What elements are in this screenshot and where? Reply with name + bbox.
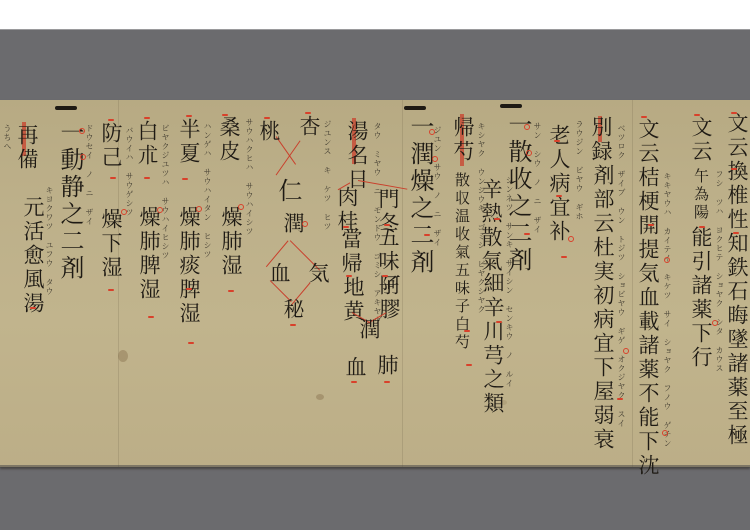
- red-mark: [290, 324, 296, 326]
- furigana: タウ ミヤウ ニ モンドウ ゴミシ アキヤウ: [372, 122, 383, 182]
- diamond-bottom: 秘: [282, 298, 303, 322]
- furigana: ラウジン ビヤウ ギホ: [574, 120, 585, 260]
- red-mark: [384, 224, 390, 226]
- furigana-partial: うちへ: [2, 124, 13, 174]
- column-16-head: 白朮: [136, 120, 157, 168]
- backdrop-edge: [0, 29, 750, 30]
- red-circle: [568, 236, 574, 242]
- red-circle: [302, 221, 308, 227]
- red-circle: [157, 207, 163, 213]
- red-mark: [186, 288, 192, 290]
- furigana: フシ ツハ ヨクヒテ ショヤク シタ カウス: [714, 170, 725, 450]
- column-13: 桃: [258, 120, 279, 144]
- column-16-body: 燥肺脾湿: [138, 206, 159, 302]
- column-5: 老人病宜补: [548, 124, 569, 244]
- column-17-head: 防己: [100, 122, 121, 170]
- column-14-body: 燥肺湿: [220, 206, 241, 278]
- furigana: サン シウ ノ ニ ザイ: [532, 122, 543, 232]
- red-mark: [351, 381, 357, 383]
- red-mark: [694, 114, 700, 116]
- red-circle: [662, 430, 668, 436]
- red-mark: [222, 114, 228, 116]
- red-circle: [712, 320, 718, 326]
- red-mark: [343, 226, 349, 228]
- red-mark: [464, 330, 470, 332]
- red-mark: [731, 168, 737, 170]
- red-mark: [561, 256, 567, 258]
- red-mark: [556, 195, 562, 197]
- top-margin: [0, 0, 750, 29]
- column-4-head: 別録: [590, 116, 611, 164]
- red-mark: [228, 290, 234, 292]
- red-mark: [384, 381, 390, 383]
- furigana: ジユン サウ ノ ニ ザイ: [432, 126, 443, 236]
- red-mark: [148, 316, 154, 318]
- red-circle: [526, 150, 532, 156]
- red-mark: [346, 275, 352, 277]
- red-mark: [617, 398, 623, 400]
- column-11-blood: 血: [344, 356, 365, 380]
- column-15-head: 半夏: [178, 118, 199, 166]
- red-mark: [305, 112, 311, 114]
- section-marker: [404, 106, 426, 110]
- paper-crease: [632, 100, 633, 467]
- red-mark: [144, 117, 150, 119]
- column-8-body: 散収温收氣五味子白芍: [454, 172, 469, 352]
- red-circle: [238, 204, 244, 210]
- column-4-body: 剤部云杜実初病宜下屋弱衰: [592, 164, 613, 452]
- red-mark: [182, 178, 188, 180]
- red-mark: [108, 119, 114, 121]
- column-8-head: 帰芍: [452, 116, 473, 164]
- furigana: サウハクヒハ サウハイシツ: [244, 118, 255, 338]
- furigana: ビヤクジユツハ サウハイヒシツ: [160, 124, 171, 344]
- stain: [118, 350, 128, 362]
- red-mark: [699, 226, 705, 228]
- paper-crease: [402, 100, 403, 467]
- column-2-sub: 午為陽: [693, 168, 708, 222]
- red-mark: [186, 115, 192, 117]
- stain: [316, 394, 324, 400]
- red-mark: [554, 140, 560, 142]
- furigana: キヨクワツ ユフウ タウ: [44, 186, 55, 316]
- column-12-center: 仁: [276, 178, 300, 205]
- column-3-head: 文云: [637, 118, 658, 166]
- red-circle: [524, 124, 530, 130]
- red-circle: [196, 206, 202, 212]
- red-circle: [432, 156, 438, 162]
- column-17-body: 燥下湿: [100, 208, 121, 280]
- red-mark: [733, 232, 739, 234]
- column-9-heading: 一潤燥之二剤: [408, 114, 432, 276]
- furigana: バウイハ サウゲシツ: [124, 126, 135, 306]
- red-mark: [494, 218, 500, 220]
- column-2-head: 文云: [690, 116, 711, 164]
- column-19-head: 再備: [16, 124, 37, 172]
- red-mark: [382, 275, 388, 277]
- red-circle: [121, 209, 127, 215]
- column-2-body: 能引諸薬下行: [690, 226, 711, 370]
- column-11-lung: 肺: [376, 354, 397, 378]
- furigana: ドウセイ ノ ニ ザイ: [84, 124, 95, 234]
- furigana: キシヤク ウンシウキ ゴミシ ビヤクシヤク: [476, 122, 487, 322]
- column-3-body: 桔梗開提気血載諸薬不能下沈: [637, 166, 658, 478]
- red-mark: [188, 342, 194, 344]
- diamond-top: 潤: [282, 212, 303, 236]
- red-mark: [641, 116, 647, 118]
- column-14-head: 桑皮: [218, 116, 239, 164]
- furigana: キキヤウハ カイテイ キケツ サイ ショヤク フノウ ゲチン: [662, 172, 673, 472]
- furigana: ジユンス キ ケツ ヒツ: [322, 120, 333, 160]
- red-mark: [648, 224, 654, 226]
- red-circle: [79, 128, 85, 134]
- red-mark: [731, 112, 737, 114]
- furigana: ハンゲハ サウハイタン ヒシツ: [202, 122, 213, 352]
- red-mark: [524, 233, 530, 235]
- red-circle: [623, 348, 629, 354]
- red-mark: [110, 177, 116, 179]
- red-mark: [466, 364, 472, 366]
- column-15-body: 燥肺痰脾湿: [178, 206, 199, 326]
- red-mark: [424, 234, 430, 236]
- column-11-head: 潤: [358, 318, 379, 342]
- red-circle: [80, 154, 86, 160]
- column-12-head: 杏: [298, 115, 319, 139]
- red-mark: [264, 117, 270, 119]
- red-mark: [108, 289, 114, 291]
- column-1: 文云換椎性知鉄石晦墜諸薬至極: [726, 112, 747, 448]
- column-18-heading: 一動静之二剤: [58, 120, 82, 282]
- furigana: ベツロク ザイブ ウン トジツ ショビヤウ ギゲ オクジヤク スイ: [616, 124, 627, 454]
- red-mark: [496, 321, 502, 323]
- section-marker: [55, 106, 77, 110]
- red-mark: [144, 177, 150, 179]
- red-circle: [429, 129, 435, 135]
- branch-left-2: 當帰: [340, 228, 361, 276]
- furigana: シンネツ サンキ サイシン センキウ ノ ルイ: [504, 176, 515, 436]
- section-marker: [500, 104, 522, 108]
- red-mark: [30, 307, 36, 309]
- column-19-body: 元活愈風湯: [22, 196, 43, 316]
- red-circle: [664, 257, 670, 263]
